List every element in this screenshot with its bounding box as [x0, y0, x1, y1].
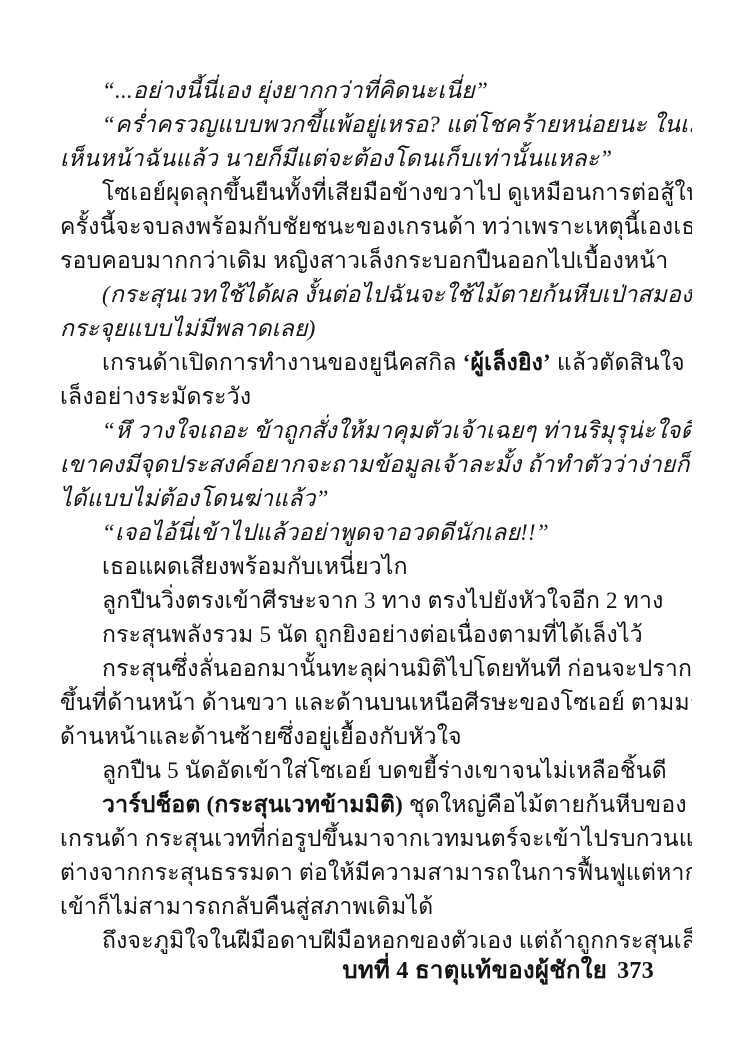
text-line: เกรนด้า กระสุนเวทที่ก่อรูปขึ้นมาจากเวทมน… [60, 822, 692, 856]
text-line: “คร่ำครวญแบบพวกขี้แพ้อยู่เหรอ? แต่โชคร้า… [60, 108, 692, 142]
text-line: “...อย่างนี้นี่เอง ยุ่งยากกว่าที่คิดนะเน… [60, 74, 692, 108]
body-text: “...อย่างนี้นี่เอง ยุ่งยากกว่าที่คิดนะเน… [60, 74, 692, 958]
text-line: “หึ วางใจเถอะ ข้าถูกสั่งให้มาคุมตัวเจ้าเ… [60, 414, 692, 448]
text-line: (กระสุนเวทใช้ได้ผล งั้นต่อไปฉันจะใช้ไม้ต… [60, 278, 692, 312]
text-segment: เกรนด้าเปิดการทำงานของยูนีคสกิล [102, 350, 463, 375]
text-line: กระสุนซึ่งลั่นออกมานั้นทะลุผ่านมิติไปโดย… [60, 652, 692, 686]
text-line: ด้านหน้าและด้านซ้ายซึ่งอยู่เยื้องกับหัวใ… [60, 720, 692, 754]
text-line: กระจุยแบบไม่มีพลาดเลย) [60, 312, 692, 346]
skill-name-bold: ‘ผู้เล็งยิง’ [463, 350, 551, 375]
text-line: เขาคงมีจุดประสงค์อยากจะถามข้อมูลเจ้าละมั… [60, 448, 692, 482]
text-line: ขึ้นที่ด้านหน้า ด้านขวา และด้านบนเหนือศี… [60, 686, 692, 720]
chapter-title: บทที่ 4 ธาตุแท้ของผู้ชักใย [342, 958, 607, 984]
text-line: ต่างจากกระสุนธรรมดา ต่อให้มีความสามารถใน… [60, 856, 692, 890]
text-line: เกรนด้าเปิดการทำงานของยูนีคสกิล ‘ผู้เล็ง… [60, 346, 692, 380]
text-segment: แล้วตัดสินใจ [551, 350, 685, 375]
text-line: ได้แบบไม่ต้องโดนฆ่าแล้ว” [60, 482, 692, 516]
page-number: 373 [617, 958, 654, 984]
text-line: เธอแผดเสียงพร้อมกับเหนี่ยวไก [60, 550, 692, 584]
text-line: เห็นหน้าฉันแล้ว นายก็มีแต่จะต้องโดนเก็บเ… [60, 142, 692, 176]
text-line: ลูกปืนวิ่งตรงเข้าศีรษะจาก 3 ทาง ตรงไปยัง… [60, 584, 692, 618]
text-line: ครั้งนี้จะจบลงพร้อมกับชัยชนะของเกรนด้า ท… [60, 210, 692, 244]
text-segment: ชุดใหญ่คือไม้ตายก้นหีบของ [403, 792, 687, 817]
text-line: ลูกปืน 5 นัดอัดเข้าใส่โซเอย์ บดขยี้ร่างเ… [60, 754, 692, 788]
text-line: “เจอไอ้นี่เข้าไปแล้วอย่าพูดจาอวดดีนักเลย… [60, 516, 692, 550]
page-footer: บทที่ 4 ธาตุแท้ของผู้ชักใย373 [342, 950, 654, 989]
text-line: รอบคอบมากกว่าเดิม หญิงสาวเล็งกระบอกปืนออ… [60, 244, 692, 278]
text-line: เข้าก็ไม่สามารถกลับคืนสู่สภาพเดิมได้ [60, 890, 692, 924]
book-page: “...อย่างนี้นี่เอง ยุ่งยากกว่าที่คิดนะเน… [0, 0, 738, 1051]
skill-name-bold: วาร์ปช็อต (กระสุนเวทข้ามมิติ) [102, 792, 403, 817]
text-line: โซเอย์ผุดลุกขึ้นยืนทั้งที่เสียมือข้างขวา… [60, 176, 692, 210]
text-line: เล็งอย่างระมัดระวัง [60, 380, 692, 414]
text-line: วาร์ปช็อต (กระสุนเวทข้ามมิติ) ชุดใหญ่คือ… [60, 788, 692, 822]
text-line: กระสุนพลังรวม 5 นัด ถูกยิงอย่างต่อเนื่อง… [60, 618, 692, 652]
